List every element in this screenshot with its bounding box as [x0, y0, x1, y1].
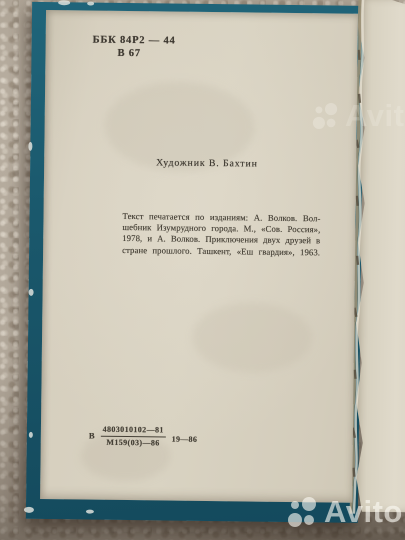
book-imprint-page: ББК 84Р2 — 44 В 67 Художник В. Бахтин Те…: [40, 10, 358, 503]
book-photo-scene: ББК 84Р2 — 44 В 67 Художник В. Бахтин Те…: [0, 0, 405, 540]
bbk-classification-block: ББК 84Р2 — 44 В 67: [92, 35, 175, 61]
avito-watermark-text: Avito: [324, 496, 403, 527]
catalog-numerator: 4803010102—81: [101, 425, 166, 437]
catalog-index-block: В 4803010102—81 М159(03)—86 19—86: [89, 425, 198, 448]
avito-watermark-text: Avito: [345, 100, 405, 131]
catalog-suffix: 19—86: [172, 434, 198, 443]
cover-wear-mark: [86, 510, 94, 514]
artist-credit-line: Художник В. Бахтин: [156, 157, 258, 169]
avito-logo-icon: [287, 497, 317, 527]
avito-watermark: Avito: [287, 496, 403, 527]
catalog-letter: В: [89, 431, 95, 441]
cover-wear-mark: [29, 289, 34, 296]
avito-logo-icon: [312, 103, 338, 129]
bbk-code-line: ББК 84Р2 — 44: [93, 35, 176, 49]
imprint-line: стране прошлого. Ташкент, «Еш гвардия», …: [122, 245, 320, 259]
cover-wear-mark: [87, 2, 94, 6]
cover-wear-mark: [58, 0, 70, 5]
catalog-denominator: М159(03)—86: [100, 436, 165, 447]
avito-watermark-middle: Avito: [312, 100, 405, 131]
cover-wear-mark: [29, 432, 33, 438]
page-stain: [192, 302, 313, 373]
author-sign-line: В 67: [117, 47, 175, 60]
book: ББК 84Р2 — 44 В 67 Художник В. Бахтин Те…: [20, 0, 405, 540]
imprint-paragraph: Текст печатается по изданиям: А. Волков.…: [122, 211, 321, 258]
catalog-fraction: 4803010102—81 М159(03)—86: [100, 425, 165, 448]
cover-wear-mark: [28, 142, 32, 151]
cover-wear-mark: [24, 507, 34, 513]
